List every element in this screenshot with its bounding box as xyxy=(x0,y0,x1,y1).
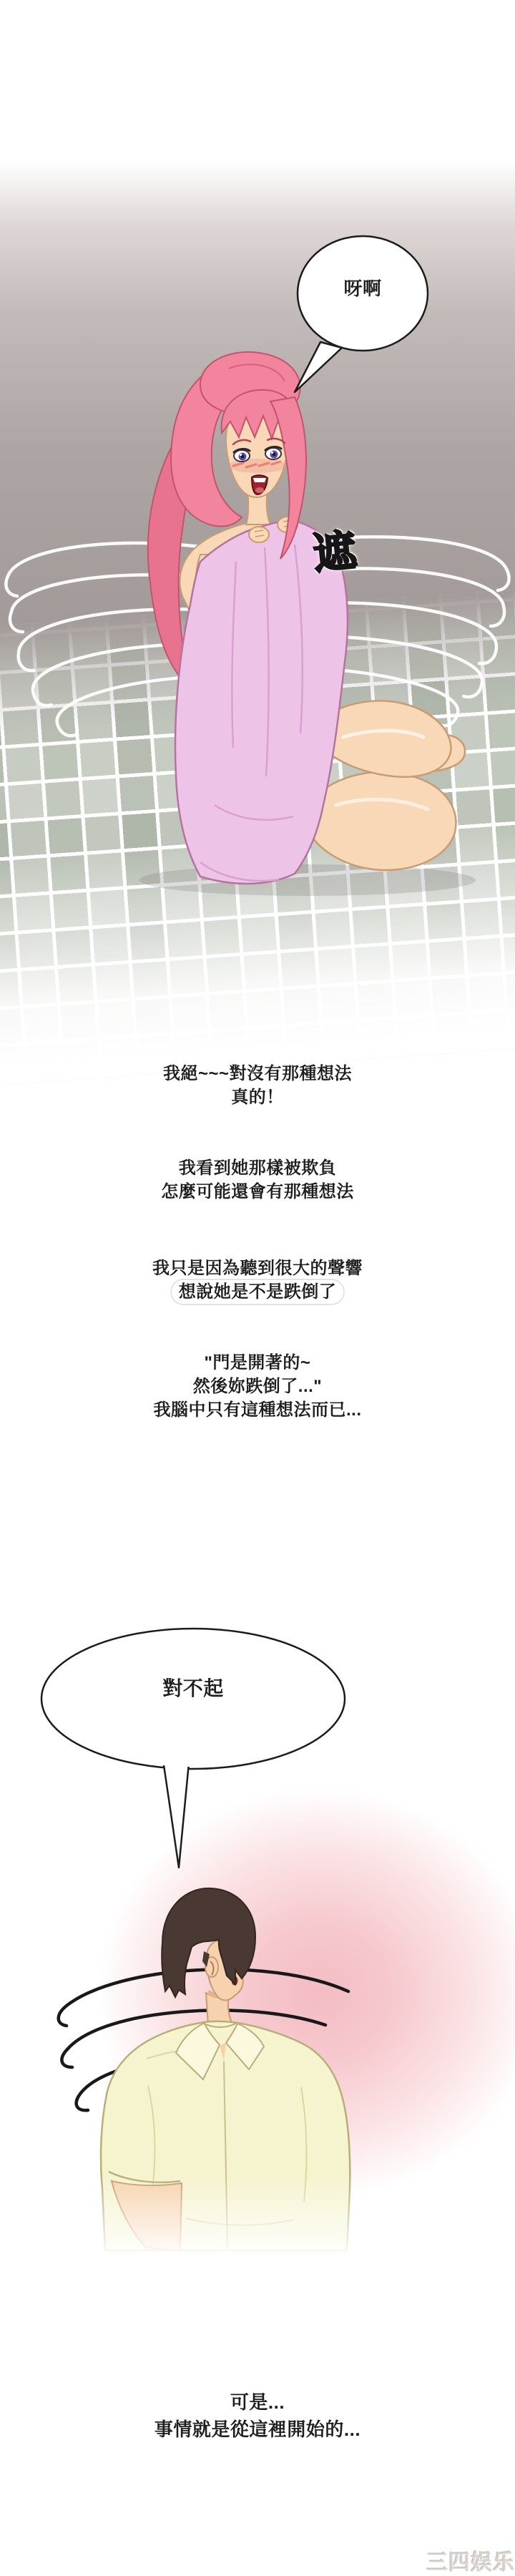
monologue-line: 我只是因為聽到很大的聲響 xyxy=(0,1257,515,1280)
outro-line: 可是... xyxy=(0,2389,515,2416)
monologue-line: 怎麼可能還會有那種想法 xyxy=(0,1180,515,1204)
outro-line: 事情就是從這裡開始的... xyxy=(0,2416,515,2443)
sfx-cover-text: 遮 xyxy=(311,529,358,576)
monologue-line: 我絕~~~對沒有那種想法 xyxy=(0,1062,515,1085)
monologue-line: 我腦中只有這種想法而已... xyxy=(0,1398,515,1422)
comic-page: 遮 呀啊 我絕~~~對沒有那種想法 真的！ 我看到她那樣被欺負 怎麼可能還會有那… xyxy=(0,0,515,2576)
speech-bubble-sorry-text: 對不起 xyxy=(41,1676,345,1702)
monologue-line: 真的！ xyxy=(0,1085,515,1109)
outro-block: 可是... 事情就是從這裡開始的... xyxy=(0,2389,515,2443)
monologue-block-2: 我看到她那樣被欺負 怎麼可能還會有那種想法 xyxy=(0,1156,515,1204)
monologue-line: 然後妳跌倒了..." xyxy=(0,1375,515,1398)
speech-bubble-yaa-text: 呀啊 xyxy=(290,276,436,301)
monologue-line: 我看到她那樣被欺負 xyxy=(0,1156,515,1180)
monologue-line: "門是開著的~ xyxy=(0,1351,515,1375)
monologue-block-3: 我只是因為聽到很大的聲響 想說她是不是跌倒了 xyxy=(0,1257,515,1304)
floor-shadow xyxy=(139,864,476,896)
bottom-white-fade xyxy=(0,2175,515,2283)
girl-illustration xyxy=(93,347,501,898)
site-watermark: 三四娱乐 xyxy=(426,2545,515,2576)
monologue-block-4: "門是開著的~ 然後妳跌倒了..." 我腦中只有這種想法而已... xyxy=(0,1351,515,1422)
speech-bubble-sorry xyxy=(36,1626,354,1875)
speech-bubble-yaa xyxy=(290,230,436,402)
monologue-block-1: 我絕~~~對沒有那種想法 真的！ xyxy=(0,1062,515,1109)
monologue-line-decorated: 想說她是不是跌倒了 xyxy=(0,1280,515,1304)
halo-decoration: 想說她是不是跌倒了 xyxy=(170,1279,345,1305)
